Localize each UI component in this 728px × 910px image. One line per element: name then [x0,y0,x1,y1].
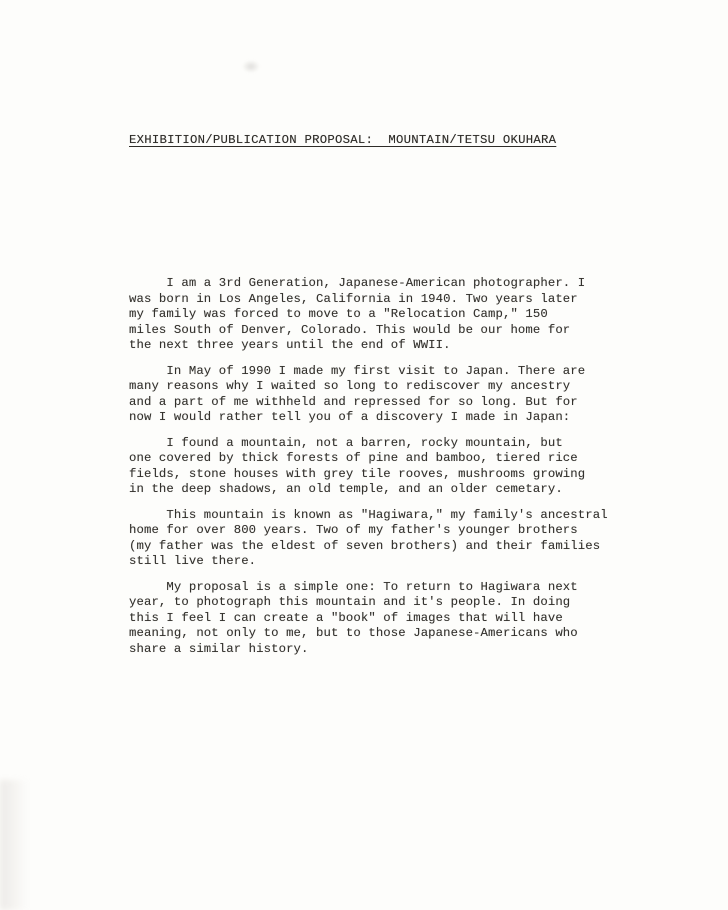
document-page: EXHIBITION/PUBLICATION PROPOSAL: MOUNTAI… [0,0,728,910]
paragraph-hagiwara: This mountain is known as "Hagiwara," my… [129,508,619,570]
paragraph-intro: I am a 3rd Generation, Japanese-American… [129,276,619,354]
scan-edge-shadow [0,780,28,910]
document-title: EXHIBITION/PUBLICATION PROPOSAL: MOUNTAI… [129,132,556,148]
paragraph-proposal: My proposal is a simple one: To return t… [129,580,619,658]
paragraph-japan-visit: In May of 1990 I made my first visit to … [129,364,619,426]
paragraph-mountain-description: I found a mountain, not a barren, rocky … [129,436,619,498]
document-body: I am a 3rd Generation, Japanese-American… [129,276,619,667]
scan-smudge-artifact [242,60,260,73]
